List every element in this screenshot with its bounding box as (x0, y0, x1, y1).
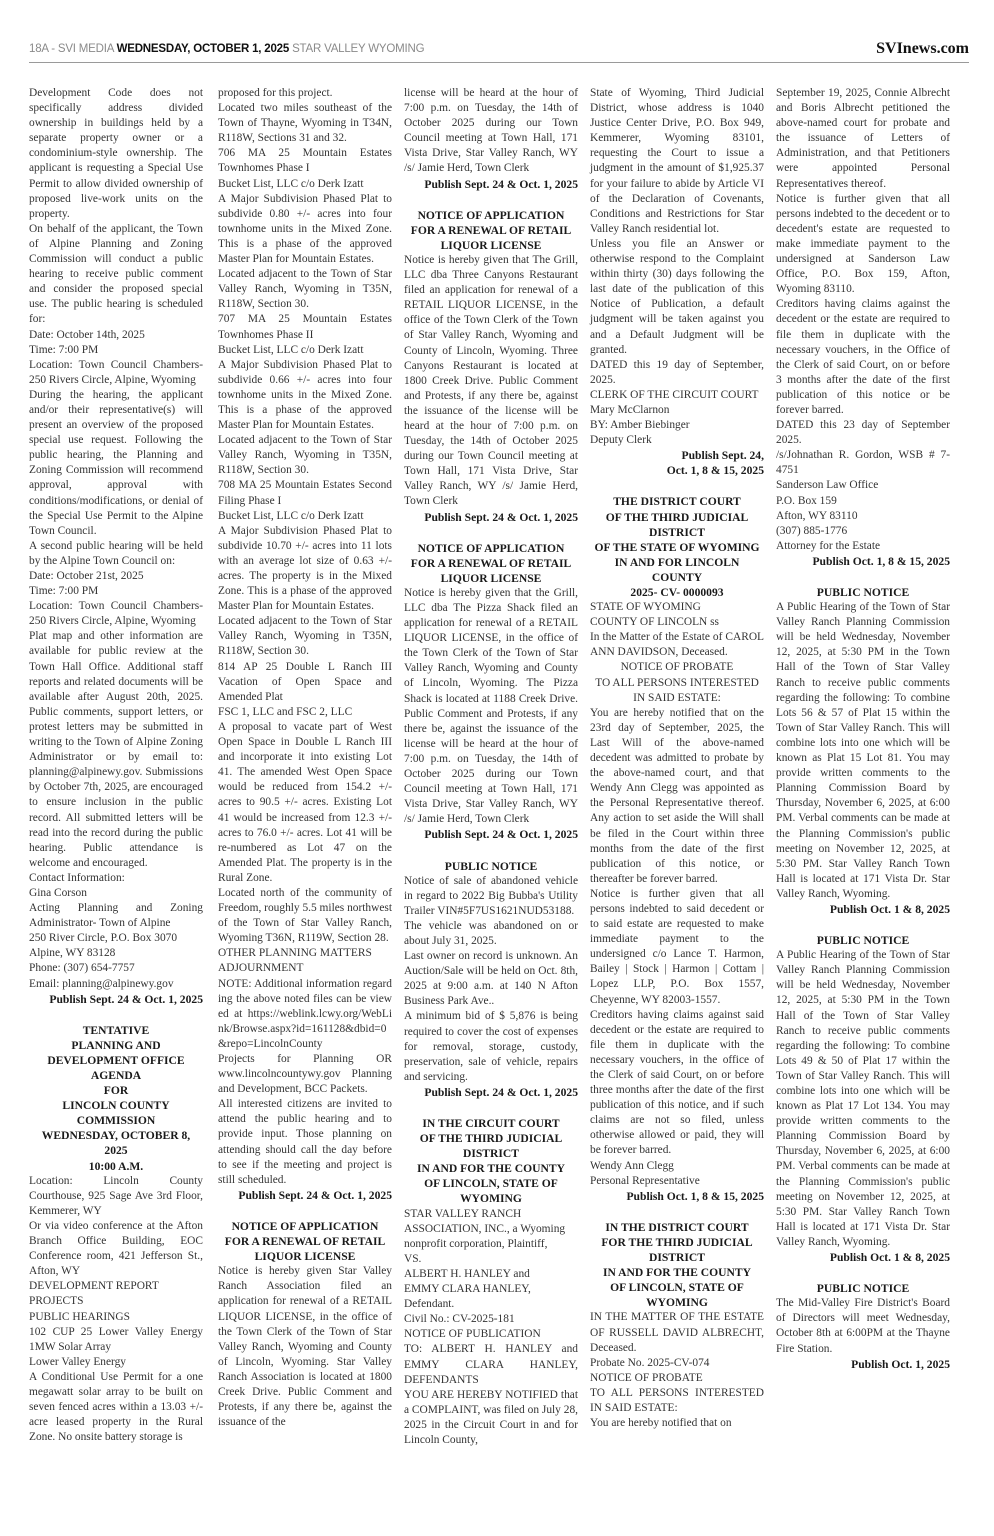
heading-line: NOTICE OF APPLICATION (218, 1219, 392, 1234)
publish-line: Publish Sept. 24, (590, 448, 764, 463)
notice-heading: PUBLIC NOTICE (776, 585, 950, 600)
notice-text: A minimum bid of $ 5,876 is being requir… (404, 1009, 578, 1084)
notice-text: A second public hearing will be held by … (29, 539, 203, 569)
heading-line: 10:00 A.M. (29, 1159, 203, 1174)
notice-text: Attorney for the Estate (776, 539, 950, 554)
notice-text: You are hereby notified that on (590, 1416, 764, 1431)
notice-text: 814 AP 25 Double L Ranch III Vacation of… (218, 660, 392, 705)
heading-line: LIQUOR LICENSE (404, 571, 578, 586)
issue-date: WEDNESDAY, OCTOBER 1, 2025 (117, 43, 289, 55)
notice-text: FSC 1, LLC and FSC 2, LLC (218, 705, 392, 720)
notice-text: Projects for Planning OR www.lincolncoun… (218, 1052, 392, 1097)
heading-line: OF THE STATE OF WYOMING (590, 540, 764, 555)
publish-line: Publish Oct. 1, 2025 (776, 1357, 950, 1372)
notice-text: DATED this 23 day of September 2025. (776, 418, 950, 448)
publish-line: Publish Oct. 1, 8 & 15, 2025 (590, 1189, 764, 1204)
notice-text: YOU ARE HEREBY NOTIFIED that a COMPLAINT… (404, 1388, 578, 1448)
notice-heading: PUBLIC NOTICE (776, 1281, 950, 1296)
notice-text: Notice is further given that all persons… (776, 192, 950, 298)
notice-text: All interested citizens are invited to a… (218, 1097, 392, 1188)
notice-text: license will be heard at the hour of 7:0… (404, 86, 578, 177)
heading-line: DISTRICT (590, 1250, 764, 1265)
heading-line: PUBLIC NOTICE (404, 859, 578, 874)
notice-text: Bucket List, LLC c/o Derk Izatt (218, 177, 392, 192)
notice-text: Contact Information: (29, 871, 203, 886)
notice-heading: IN THE CIRCUIT COURT OF THE THIRD JUDICI… (404, 1116, 578, 1207)
notice-text: Bucket List, LLC c/o Derk Izatt (218, 343, 392, 358)
notice-text: NOTICE OF PROBATE (590, 660, 764, 675)
notice-heading: NOTICE OF APPLICATION FOR A RENEWAL OF R… (404, 208, 578, 253)
notice-text: IN SAID ESTATE: (590, 691, 764, 706)
notice-heading: NOTICE OF APPLICATION FOR A RENEWAL OF R… (218, 1219, 392, 1264)
notice-text: Probate No. 2025-CV-074 (590, 1356, 764, 1371)
notice-text: VS. (404, 1252, 578, 1267)
notice-text: NOTICE OF PUBLICATION (404, 1327, 578, 1342)
heading-line: OF LINCOLN, STATE OF (404, 1176, 578, 1191)
notice-text: NOTICE OF PROBATE (590, 1371, 764, 1386)
notice-text: Alpine, WY 83128 (29, 946, 203, 961)
publish-line: Publish Oct. 1 & 8, 2025 (776, 1250, 950, 1265)
publish-line: Publish Oct. 1 & 8, 2025 (776, 902, 950, 917)
notice-text: A Conditional Use Permit for a one megaw… (29, 1370, 203, 1445)
notice-text: Location: Town Council Chambers- 250 Riv… (29, 358, 203, 388)
folio: 18A - SVI MEDIA WEDNESDAY, OCTOBER 1, 20… (29, 43, 424, 55)
heading-line: FOR A RENEWAL OF RETAIL (404, 556, 578, 571)
notice-text: Or via video conference at the Afton Bra… (29, 1219, 203, 1279)
publish-line: Publish Oct. 1, 8 & 15, 2025 (776, 554, 950, 569)
notice-text: September 19, 2025, Connie Albrecht and … (776, 86, 950, 192)
notice-text: (307) 885-1776 (776, 524, 950, 539)
heading-line: FOR A RENEWAL OF RETAIL (404, 223, 578, 238)
heading-line: COUNTY (590, 570, 764, 585)
heading-line: WEDNESDAY, OCTOBER 8, (29, 1128, 203, 1143)
notice-text: 707 MA 25 Mountain Estates Townhomes Pha… (218, 312, 392, 342)
notice-text: Last owner on record is unknown. An Auct… (404, 949, 578, 1009)
region-label: STAR VALLEY WYOMING (292, 43, 424, 55)
heading-line: THE DISTRICT COURT (590, 494, 764, 509)
page-number: 18A - SVI MEDIA (29, 43, 114, 55)
notice-text: Location: Lincoln County Courthouse, 925… (29, 1174, 203, 1219)
heading-line: PLANNING AND (29, 1038, 203, 1053)
notice-text: DEVELOPMENT REPORT (29, 1279, 203, 1294)
notice-text: 708 MA 25 Mountain Estates Second Filing… (218, 478, 392, 508)
publish-line: Publish Sept. 24 & Oct. 1, 2025 (29, 992, 203, 1007)
heading-line: OF THE THIRD JUDICIAL (590, 510, 764, 525)
notice-text: PROJECTS (29, 1294, 203, 1309)
notice-text: A Major Subdivision Phased Plat to subdi… (218, 358, 392, 433)
notice-text: Time: 7:00 PM (29, 584, 203, 599)
heading-line: LIQUOR LICENSE (404, 238, 578, 253)
notice-text: 102 CUP 25 Lower Valley Energy 1MW Solar… (29, 1325, 203, 1355)
notice-text: The Mid-Valley Fire District's Board of … (776, 1296, 950, 1356)
publish-line: Publish Sept. 24 & Oct. 1, 2025 (404, 177, 578, 192)
heading-line: FOR (29, 1083, 203, 1098)
notice-text: proposed for this project. (218, 86, 392, 101)
notice-text: A Major Subdivision Phased Plat to subdi… (218, 192, 392, 267)
publish-line: Publish Sept. 24 & Oct. 1, 2025 (404, 827, 578, 842)
notice-text: In the Matter of the Estate of CAROL ANN… (590, 630, 764, 660)
notice-text: The vehicle was abandoned on or about Ju… (404, 919, 578, 949)
notice-text: Located adjacent to the Town of Star Val… (218, 614, 392, 659)
notice-heading: TENTATIVE PLANNING AND DEVELOPMENT OFFIC… (29, 1023, 203, 1174)
notice-text: Located adjacent to the Town of Star Val… (218, 267, 392, 312)
column-1: Development Code does not specifically a… (29, 86, 203, 1445)
notice-heading: IN THE DISTRICT COURT FOR THE THIRD JUDI… (590, 1220, 764, 1311)
publish-line: Publish Sept. 24 & Oct. 1, 2025 (404, 1085, 578, 1100)
notice-text: OTHER PLANNING MATTERS (218, 946, 392, 961)
notice-text: Date: October 21st, 2025 (29, 569, 203, 584)
notice-text: Notice is hereby given that The Grill, L… (404, 253, 578, 510)
notice-text: Located north of the community of Freedo… (218, 886, 392, 946)
notice-heading: THE DISTRICT COURT OF THE THIRD JUDICIAL… (590, 494, 764, 600)
notice-text: A proposal to vacate part of West Open S… (218, 720, 392, 886)
heading-line: LIQUOR LICENSE (218, 1249, 392, 1264)
notice-text: Civil No.: CV-2025-181 (404, 1312, 578, 1327)
notice-text: A Public Hearing of the Town of Star Val… (776, 600, 950, 902)
notice-text: STAR VALLEY RANCH (404, 1207, 578, 1222)
page-header: 18A - SVI MEDIA WEDNESDAY, OCTOBER 1, 20… (29, 40, 969, 63)
notice-text: During the hearing, the applicant and/or… (29, 388, 203, 539)
heading-line: PUBLIC NOTICE (776, 933, 950, 948)
heading-line: 2025 (29, 1143, 203, 1158)
notice-text: PUBLIC HEARINGS (29, 1310, 203, 1325)
column-4: State of Wyoming, Third Judicial Distric… (590, 86, 764, 1431)
publish-line: Publish Sept. 24 & Oct. 1, 2025 (404, 510, 578, 525)
heading-line: NOTICE OF APPLICATION (404, 208, 578, 223)
notice-text: Development Code does not specifically a… (29, 86, 203, 222)
notice-text: Time: 7:00 PM (29, 343, 203, 358)
notice-email: Email: planning@alpinewy.gov (29, 977, 203, 992)
notice-text: EMMY CLARA HANLEY, (404, 1282, 578, 1297)
publish-line: Oct. 1, 8 & 15, 2025 (590, 463, 764, 478)
heading-line: DISTRICT (590, 525, 764, 540)
notice-heading: PUBLIC NOTICE (776, 933, 950, 948)
notice-text: Wendy Ann Clegg (590, 1159, 764, 1174)
notice-text: Lower Valley Energy (29, 1355, 203, 1370)
heading-line: DEVELOPMENT OFFICE (29, 1053, 203, 1068)
site-link[interactable]: SVInews.com (876, 40, 969, 58)
notice-text: Defendant. (404, 1297, 578, 1312)
legal-notices-columns: Development Code does not specifically a… (29, 86, 969, 1506)
notice-text: A Public Hearing of the Town of Star Val… (776, 948, 950, 1250)
notice-text: Notice is hereby given that the Grill, L… (404, 586, 578, 828)
heading-line: FOR A RENEWAL OF RETAIL (218, 1234, 392, 1249)
heading-line: FOR THE THIRD JUDICIAL (590, 1235, 764, 1250)
notice-text: Mary McClarnon (590, 403, 764, 418)
notice-text: Bucket List, LLC c/o Derk Izatt (218, 509, 392, 524)
notice-text: BY: Amber Biebinger (590, 418, 764, 433)
heading-line: TENTATIVE (29, 1023, 203, 1038)
column-5: September 19, 2025, Connie Albrecht and … (776, 86, 950, 1372)
notice-text: Gina Corson (29, 886, 203, 901)
heading-line: NOTICE OF APPLICATION (404, 541, 578, 556)
heading-line: OF THE THIRD JUDICIAL (404, 1131, 578, 1146)
heading-line: PUBLIC NOTICE (776, 585, 950, 600)
notice-text: Creditors having claims against the dece… (776, 297, 950, 418)
heading-line: AGENDA (29, 1068, 203, 1083)
notice-text: Date: October 14th, 2025 (29, 328, 203, 343)
notice-text: /s/Johnathan R. Gordon, WSB # 7-4751 (776, 448, 950, 478)
notice-text: Location: Town Council Chambers- 250 Riv… (29, 599, 203, 629)
notice-text: Located adjacent to the Town of Star Val… (218, 433, 392, 478)
notice-text: State of Wyoming, Third Judicial Distric… (590, 86, 764, 237)
notice-text: Deputy Clerk (590, 433, 764, 448)
notice-text: Afton, WY 83110 (776, 509, 950, 524)
heading-line: IN THE CIRCUIT COURT (404, 1116, 578, 1131)
heading-line: WYOMING (404, 1191, 578, 1206)
notice-text: ALBERT H. HANLEY and (404, 1267, 578, 1282)
heading-line: WYOMING (590, 1295, 764, 1310)
notice-text: Creditors having claims against said dec… (590, 1008, 764, 1159)
heading-line: IN AND FOR THE COUNTY (404, 1161, 578, 1176)
heading-line: DISTRICT (404, 1146, 578, 1161)
publish-line: Publish Sept. 24 & Oct. 1, 2025 (218, 1188, 392, 1203)
notice-link-text: NOTE: Additional information regarding t… (218, 977, 392, 1052)
notice-text: DATED this 19 day of September, 2025. (590, 358, 764, 388)
notice-text: On behalf of the applicant, the Town of … (29, 222, 203, 328)
notice-text: 250 River Circle, P.O. Box 3070 (29, 931, 203, 946)
notice-text: Personal Representative (590, 1174, 764, 1189)
notice-text: Unless you file an Answer or otherwise r… (590, 237, 764, 358)
notice-text: Plat map and other information are avail… (29, 629, 203, 871)
notice-text: P.O. Box 159 (776, 494, 950, 509)
notice-heading: NOTICE OF APPLICATION FOR A RENEWAL OF R… (404, 541, 578, 586)
notice-text: 706 MA 25 Mountain Estates Townhomes Pha… (218, 146, 392, 176)
heading-line: LINCOLN COUNTY (29, 1098, 203, 1113)
notice-text: Acting Planning and Zoning Administrator… (29, 901, 203, 931)
case-number: 2025- CV- 0000093 (590, 585, 764, 600)
notice-text: CLERK OF THE CIRCUIT COURT (590, 388, 764, 403)
column-3: license will be heard at the hour of 7:0… (404, 86, 578, 1448)
notice-text: COUNTY OF LINCOLN ss (590, 615, 764, 630)
notice-text: IN THE MATTER OF THE ESTATE OF RUSSELL D… (590, 1310, 764, 1355)
heading-line: IN AND FOR THE COUNTY (590, 1265, 764, 1280)
notice-text: You are hereby notified that on the 23rd… (590, 706, 764, 887)
heading-line: COMMISSION (29, 1113, 203, 1128)
notice-text: TO ALL PERSONS INTERESTED IN SAID ESTATE… (590, 1386, 764, 1416)
notice-text: Notice of sale of abandoned vehicle in r… (404, 874, 578, 919)
notice-text: TO ALL PERSONS INTERESTED (590, 676, 764, 691)
notice-text: Phone: (307) 654-7757 (29, 961, 203, 976)
notice-text: Located two miles southeast of the Town … (218, 101, 392, 146)
heading-line: PUBLIC NOTICE (776, 1281, 950, 1296)
notice-text: TO: ALBERT H. HANLEY and EMMY CLARA HANL… (404, 1342, 578, 1387)
notice-text: STATE OF WYOMING (590, 600, 764, 615)
notice-text: Notice is hereby given Star Valley Ranch… (218, 1264, 392, 1430)
notice-heading: PUBLIC NOTICE (404, 859, 578, 874)
heading-line: IN THE DISTRICT COURT (590, 1220, 764, 1235)
heading-line: OF LINCOLN, STATE OF (590, 1280, 764, 1295)
notice-text: A Major Subdivision Phased Plat to subdi… (218, 524, 392, 615)
notice-text: ASSOCIATION, INC., a Wyoming nonprofit c… (404, 1222, 578, 1252)
notice-text: Notice is further given that all persons… (590, 887, 764, 1008)
column-2: proposed for this project. Located two m… (218, 86, 392, 1430)
heading-line: IN AND FOR LINCOLN (590, 555, 764, 570)
notice-text: ADJOURNMENT (218, 961, 392, 976)
notice-text: Sanderson Law Office (776, 478, 950, 493)
